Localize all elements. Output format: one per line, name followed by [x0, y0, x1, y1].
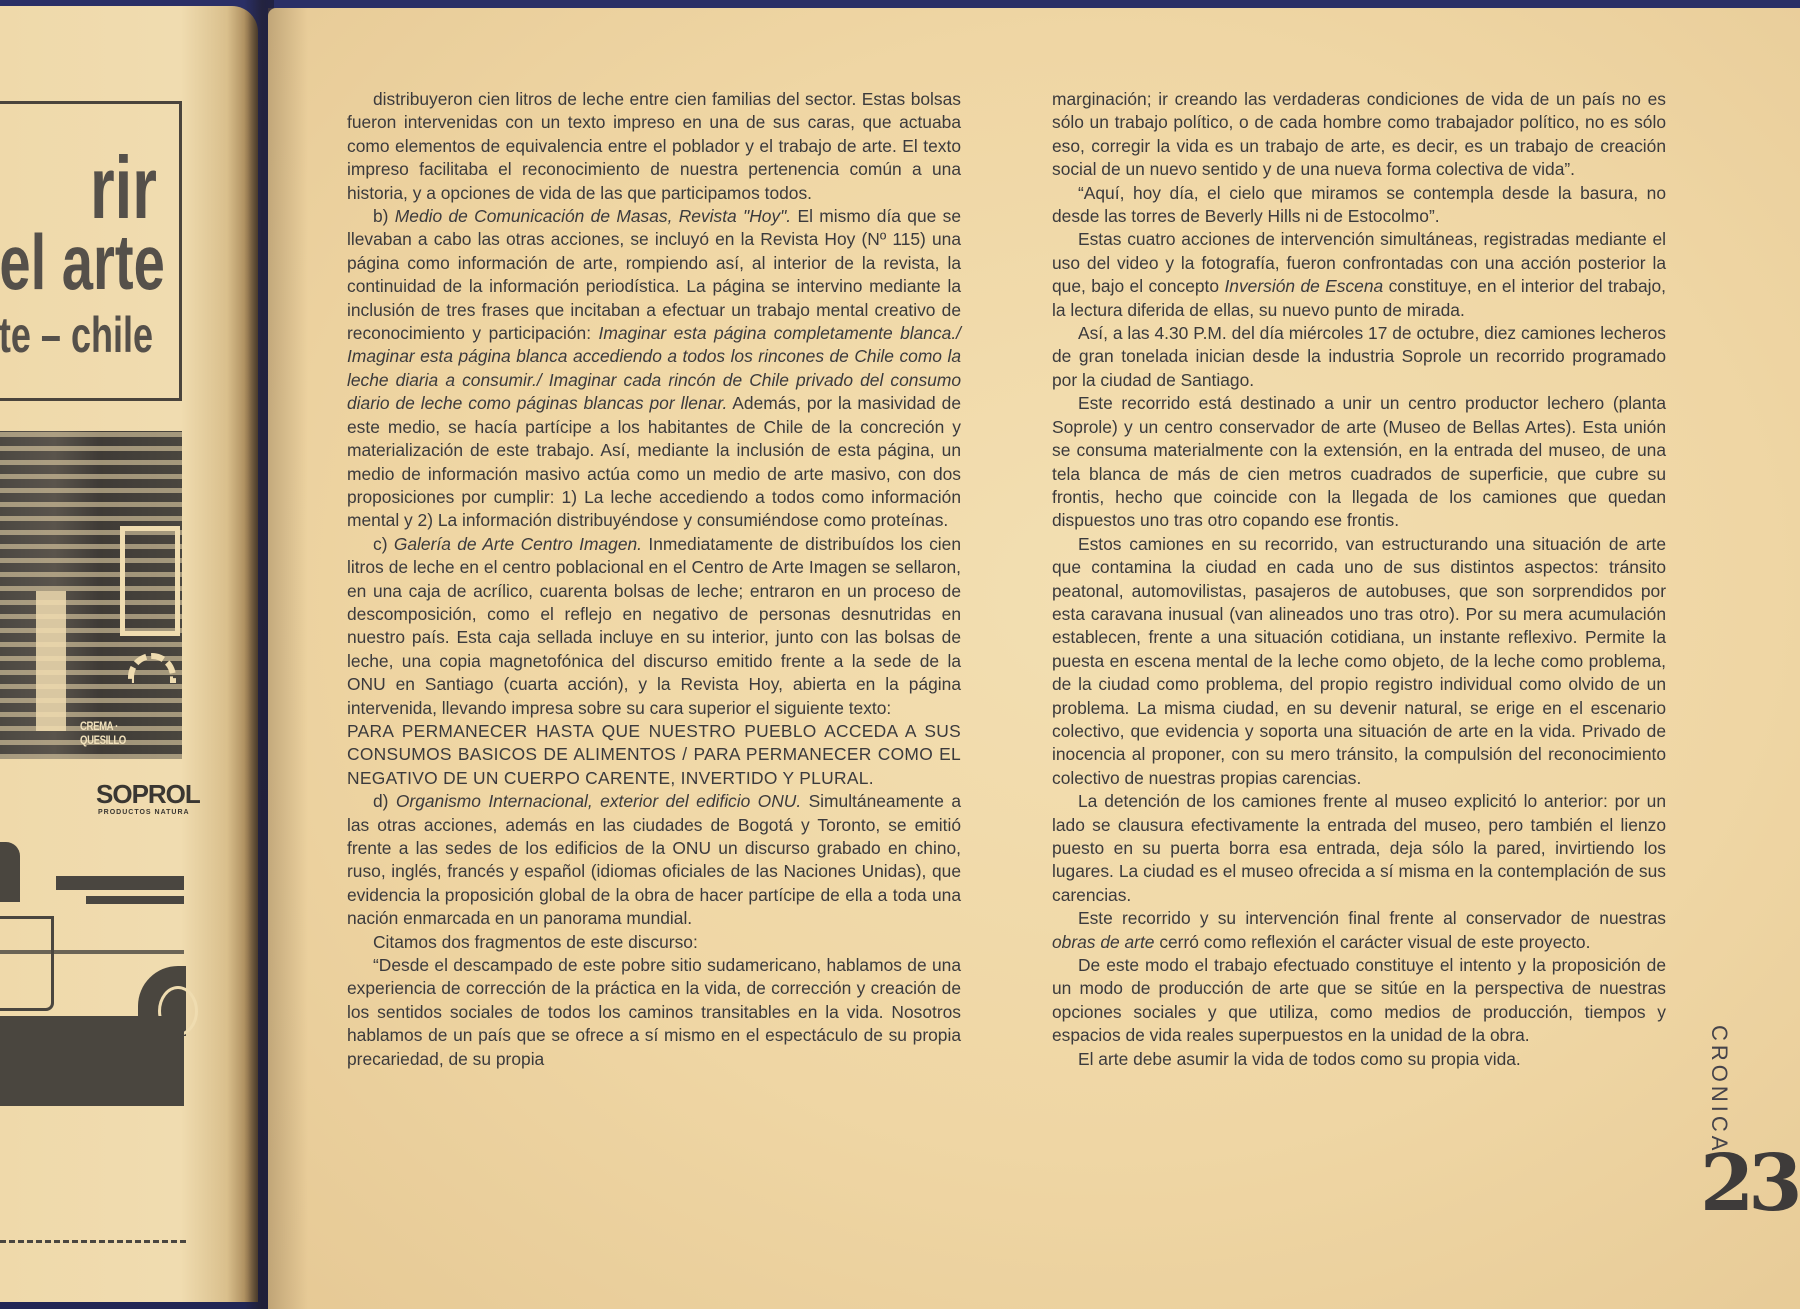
text-run: PARA PERMANECER HASTA QUE NUESTRO PUEBLO… — [347, 721, 961, 788]
text-column-2: marginación; ir creando las verdaderas c… — [1052, 88, 1666, 1071]
text-run: Estos camiones en su recorrido, van estr… — [1052, 534, 1666, 788]
text-run: distribuyeron cien litros de leche entre… — [347, 89, 961, 203]
paragraph: Estos camiones en su recorrido, van estr… — [1052, 533, 1666, 790]
text-run: b) — [373, 206, 395, 226]
text-run: “Desde el descampado de este pobre sitio… — [347, 955, 961, 1069]
text-run: Además, por la masividad de este medio, … — [347, 393, 961, 530]
paragraph: “Aquí, hoy día, el cielo que miramos se … — [1052, 182, 1666, 229]
text-run: Inmediatamente de distribuídos los cien … — [347, 534, 961, 718]
paragraph: Este recorrido y su intervención final f… — [1052, 907, 1666, 954]
text-run: El arte debe asumir la vida de todos com… — [1078, 1049, 1521, 1069]
text-run: Este recorrido está destinado a unir un … — [1052, 393, 1666, 530]
ad-headline-line-2: el arte — [0, 222, 165, 302]
truck-door — [0, 916, 54, 1011]
text-run: Este recorrido y su intervención final f… — [1078, 908, 1666, 928]
text-run: c) — [373, 534, 394, 554]
paragraph: Estas cuatro acciones de intervención si… — [1052, 228, 1666, 322]
truck-illustration — [0, 836, 184, 1226]
text-run: cerró como reflexión el carácter visual … — [1154, 932, 1590, 952]
truck-body — [0, 1016, 184, 1106]
text-run: marginación; ir creando las verdaderas c… — [1052, 89, 1666, 179]
paragraph: d) Organismo Internacional, exterior del… — [347, 790, 961, 930]
truck-cab — [0, 842, 20, 902]
paragraph: “Desde el descampado de este pobre sitio… — [347, 954, 961, 1071]
ad-photo-building: CREMA · QUESILLO — [0, 431, 182, 759]
truck-ground-line — [0, 1240, 186, 1243]
photo-arch — [128, 653, 176, 683]
text-run: De este modo el trabajo efectuado consti… — [1052, 955, 1666, 1045]
truck-stripe — [56, 876, 184, 890]
left-page: rir el arte te – chile CREMA · QUESILLO … — [0, 6, 258, 1302]
paragraph: b) Medio de Comunicación de Masas, Revis… — [347, 205, 961, 533]
paragraph: Citamos dos fragmentos de este discurso: — [347, 931, 961, 954]
paragraph: El arte debe asumir la vida de todos com… — [1052, 1048, 1666, 1071]
photo-window — [120, 526, 180, 636]
truck-stripe — [86, 896, 184, 904]
italic-phrase: Medio de Comunicación de Masas, Revista … — [395, 206, 791, 226]
brand-logo: SOPROL — [96, 779, 200, 810]
photo-pillar — [36, 591, 66, 731]
text-run: d) — [373, 791, 396, 811]
paragraph: La detención de los camiones frente al m… — [1052, 790, 1666, 907]
paragraph: c) Galería de Arte Centro Imagen. Inmedi… — [347, 533, 961, 720]
paragraph: De este modo el trabajo efectuado consti… — [1052, 954, 1666, 1048]
text-run: Simultáneamente a las otras acciones, ad… — [347, 791, 961, 928]
page-number: 23 — [1700, 1144, 1797, 1224]
italic-phrase: obras de arte — [1052, 932, 1154, 952]
ad-headline-line-3: te – chile — [0, 309, 153, 361]
text-run: “Aquí, hoy día, el cielo que miramos se … — [1052, 183, 1666, 226]
italic-phrase: Organismo Internacional, exterior del ed… — [396, 791, 801, 811]
text-run: Así, a las 4.30 P.M. del día miércoles 1… — [1052, 323, 1666, 390]
photo-caption: CREMA · QUESILLO — [80, 719, 162, 747]
paragraph: distribuyeron cien litros de leche entre… — [347, 88, 961, 205]
paragraph: Este recorrido está destinado a unir un … — [1052, 392, 1666, 532]
paragraph: PARA PERMANECER HASTA QUE NUESTRO PUEBLO… — [347, 720, 961, 790]
brand-tagline: PRODUCTOS NATURA — [98, 809, 190, 816]
text-column-1: distribuyeron cien litros de leche entre… — [347, 88, 961, 1071]
paragraph: marginación; ir creando las verdaderas c… — [1052, 88, 1666, 182]
text-run: La detención de los camiones frente al m… — [1052, 791, 1666, 905]
gutter-shadow — [268, 8, 308, 1309]
paragraph: Así, a las 4.30 P.M. del día miércoles 1… — [1052, 322, 1666, 392]
text-run: Citamos dos fragmentos de este discurso: — [373, 932, 698, 952]
section-label: CRONICA — [1706, 1025, 1732, 1154]
ad-headline-box: rir el arte te – chile — [0, 101, 182, 401]
italic-phrase: Inversión de Escena — [1224, 276, 1383, 296]
italic-phrase: Galería de Arte Centro Imagen. — [394, 534, 642, 554]
